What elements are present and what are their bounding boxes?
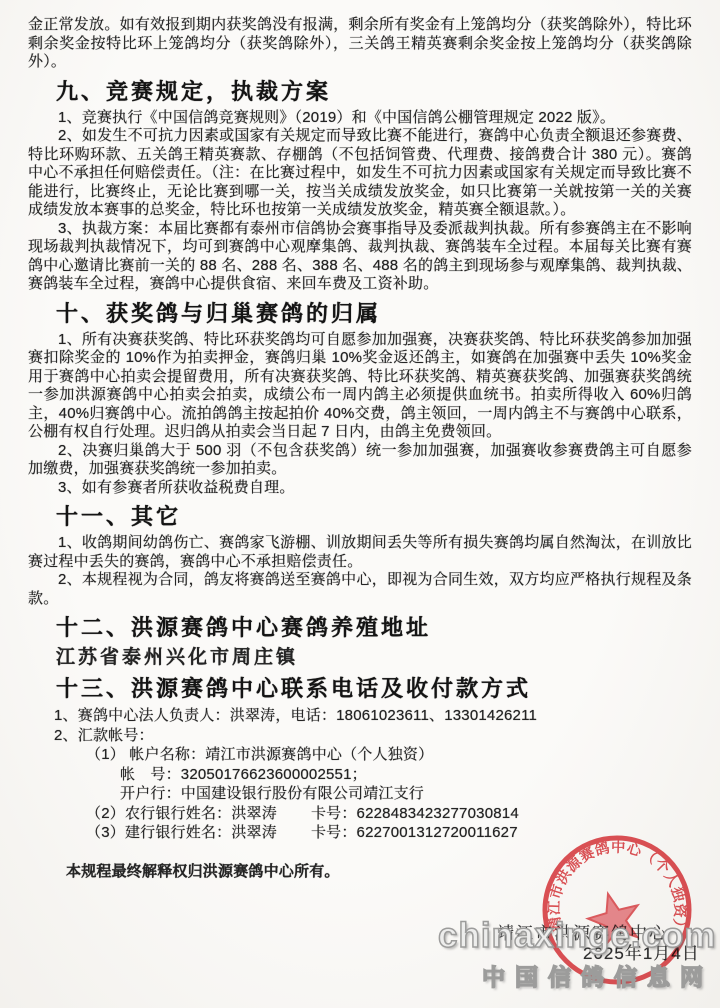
watermark-logo: chinaxinge.com [438, 916, 717, 956]
section-9-item-2: 2、如发生不可抗力因素或国家有关规定而导致比赛不能进行，赛鸽中心负责全额退还参赛… [28, 127, 692, 220]
section-11-item-2: 2、本规程视为合同，鸽友将赛鸽送至赛鸽中心，即视为合同生效，双方均应严格执行规程… [28, 571, 692, 608]
watermark-site-name: 中国信鸽信息网 [482, 959, 713, 992]
intro-paragraph: 金正常发放。如有效报到期内获奖鸽没有报满，剩余所有奖金有上笼鸽均分（获奖鸽除外）… [28, 16, 692, 72]
account-1-number: 帐 号：32050176623600002551； [120, 765, 692, 785]
section-10-heading: 十、获奖鸽与归巢赛鸽的归属 [56, 302, 692, 326]
breeding-address: 江苏省泰州兴化市周庄镇 [56, 647, 692, 669]
section-10-item-1: 1、所有决赛获奖鸽、特比环获奖鸽均可自愿参加加强赛，决赛获奖鸽、特比环获奖鸽参加… [28, 331, 692, 442]
account-2-card: 卡号：6228483423277030814 [311, 804, 519, 824]
section-11-item-1: 1、收鸽期间幼鸽伤亡、赛鸽家飞游棚、训放期间丢失等所有损失赛鸽均属自然淘汰，在训… [28, 534, 692, 571]
account-3-name: （3）建行银行姓名：洪翠涛 [86, 823, 277, 843]
document-body: 金正常发放。如有效报到期内获奖鸽没有报满，剩余所有奖金有上笼鸽均分（获奖鸽除外）… [28, 16, 692, 881]
section-9-item-3: 3、执裁方案：本届比赛都有泰州市信鸽协会赛事指导及委派裁判执裁。所有参赛鸽主在不… [28, 220, 692, 294]
section-9-item-1: 1、竞赛执行《中国信鸽竞赛规则》（2019）和《中国信鸽公棚管理规定 2022 … [28, 109, 692, 128]
section-13-heading: 十三、洪源赛鸽中心联系电话及收付款方式 [56, 677, 692, 701]
section-10-item-3: 3、如有参赛者所获收益税费自理。 [28, 479, 692, 498]
account-1-bank: 开户行：中国建设银行股份有限公司靖江支行 [120, 784, 692, 804]
legal-contact-line: 1、赛鸽中心法人负责人：洪翠涛，电话：18061023611、133014262… [54, 706, 692, 726]
account-2-row: （2）农行银行姓名：洪翠涛 卡号：6228483423277030814 [86, 804, 692, 824]
section-9-heading: 九、竞赛规定，执裁方案 [56, 80, 692, 104]
account-1-name: （1） 帐户名称：靖江市洪源赛鸽中心（个人独资） [86, 745, 692, 765]
section-11-heading: 十一、其它 [56, 505, 692, 529]
account-3-card: 卡号：6227001312720011627 [311, 823, 518, 843]
remittance-label: 2、汇款帐号： [54, 726, 692, 746]
section-10-item-2: 2、决赛归巢鸽大于 500 羽（不包含获奖鸽）统一参加加强赛，加强赛收参赛费鸽主… [28, 442, 692, 479]
account-2-name: （2）农行银行姓名：洪翠涛 [86, 804, 277, 824]
section-12-heading: 十二、洪源赛鸽中心赛鸽养殖地址 [56, 616, 692, 640]
document-page: 金正常发放。如有效报到期内获奖鸽没有报满，剩余所有奖金有上笼鸽均分（获奖鸽除外）… [0, 0, 720, 1008]
contact-payment-block: 1、赛鸽中心法人负责人：洪翠涛，电话：18061023611、133014262… [28, 706, 692, 843]
